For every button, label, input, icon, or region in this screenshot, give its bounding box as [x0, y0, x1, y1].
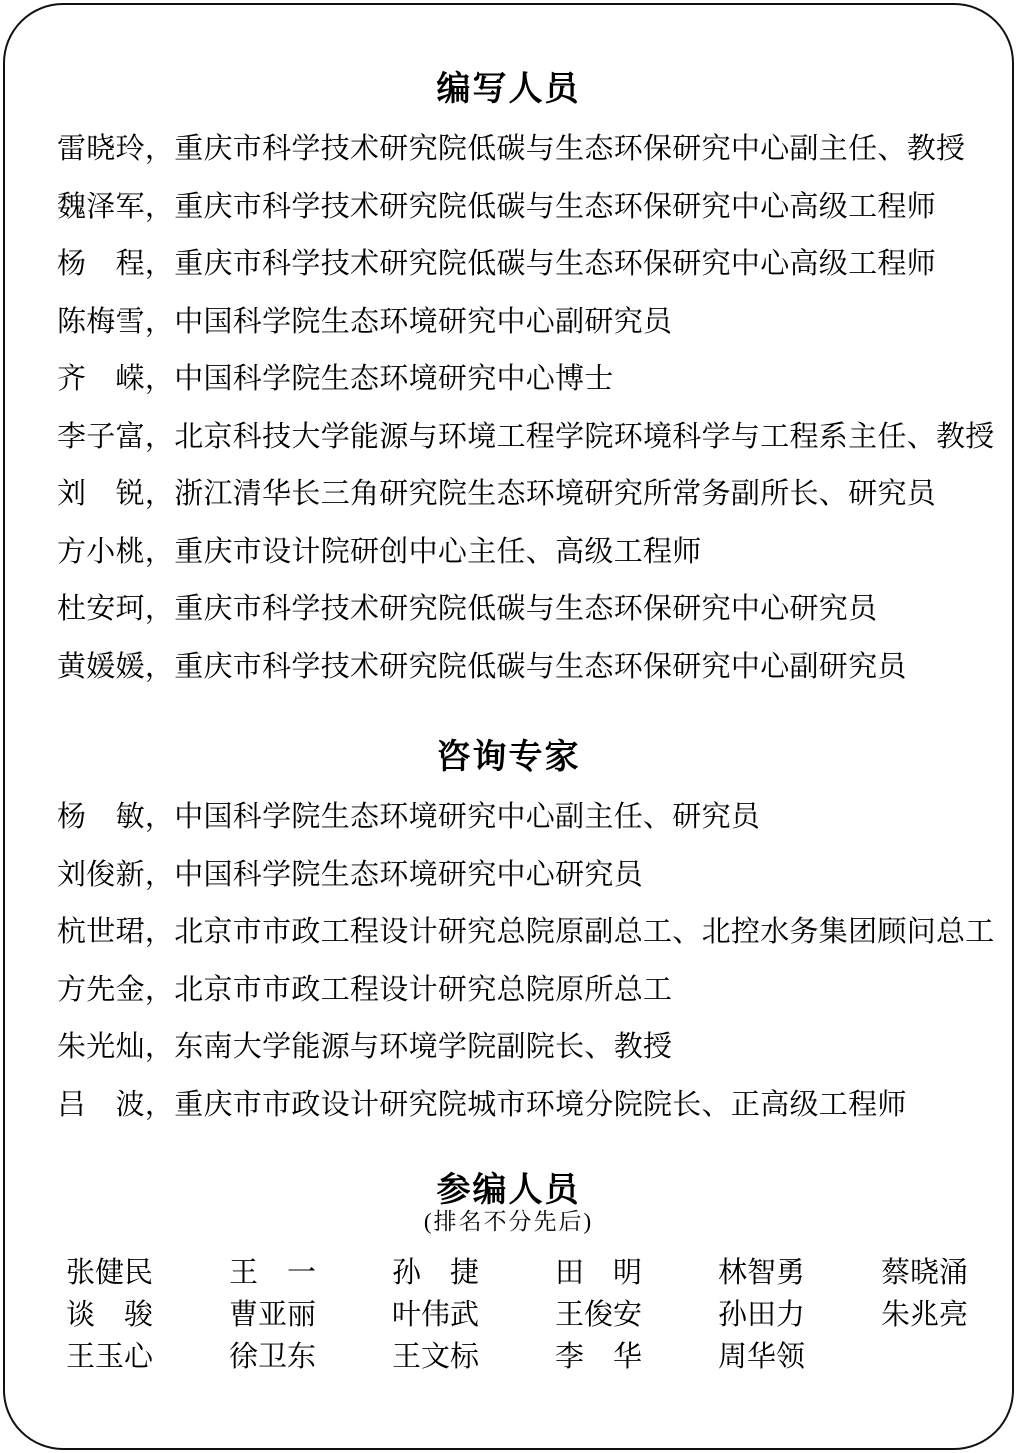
expert-entry: 方先金，北京市市政工程设计研究总院原所总工	[57, 962, 987, 1020]
expert-entry: 杭世珺，北京市市政工程设计研究总院原副总工、北控水务集团顾问总工	[57, 904, 987, 962]
contributor-entry: 黄媛媛，重庆市科学技术研究院低碳与生态环保研究中心副研究员	[57, 639, 987, 697]
writers-list: 雷晓玲，重庆市科学技术研究院低碳与生态环保研究中心副主任、教授 魏泽军，重庆市科…	[57, 121, 987, 696]
participant-name: 张健民	[66, 1252, 159, 1294]
participant-name: 徐卫东	[229, 1336, 322, 1378]
contributor-entry: 雷晓玲，重庆市科学技术研究院低碳与生态环保研究中心副主任、教授	[57, 121, 987, 179]
expert-entry: 刘俊新，中国科学院生态环境研究中心研究员	[57, 847, 987, 905]
expert-entry: 吕 波，重庆市市政设计研究院城市环境分院院长、正高级工程师	[57, 1077, 987, 1135]
participant-name: 王俊安	[555, 1294, 648, 1336]
contributor-entry: 魏泽军，重庆市科学技术研究院低碳与生态环保研究中心高级工程师	[57, 179, 987, 237]
participant-name: 周华领	[718, 1336, 811, 1378]
contributor-entry: 李子富，北京科技大学能源与环境工程学院环境科学与工程系主任、教授	[57, 409, 987, 467]
expert-entry: 杨 敏，中国科学院生态环境研究中心副主任、研究员	[57, 789, 987, 847]
participant-name: 朱兆亮	[881, 1294, 974, 1336]
contributor-entry: 杜安珂，重庆市科学技术研究院低碳与生态环保研究中心研究员	[57, 581, 987, 639]
section-title-writers: 编写人员	[0, 72, 1017, 106]
participant-name: 王 一	[229, 1252, 322, 1294]
participants-name-grid: 张健民 王 一 孙 捷 田 明 林智勇 蔡晓涌 谈 骏 曹亚丽 叶伟武 王俊安 …	[66, 1252, 974, 1378]
contributor-entry: 杨 程，重庆市科学技术研究院低碳与生态环保研究中心高级工程师	[57, 236, 987, 294]
contributor-entry: 方小桃，重庆市设计院研创中心主任、高级工程师	[57, 524, 987, 582]
participant-name: 孙 捷	[392, 1252, 485, 1294]
participant-name: 林智勇	[718, 1252, 811, 1294]
contributor-entry: 齐 嵘，中国科学院生态环境研究中心博士	[57, 351, 987, 409]
participant-name: 田 明	[555, 1252, 648, 1294]
contributor-entry: 刘 锐，浙江清华长三角研究院生态环境研究所常务副所长、研究员	[57, 466, 987, 524]
participant-name: 王玉心	[66, 1336, 159, 1378]
participant-name: 王文标	[392, 1336, 485, 1378]
contributor-entry: 陈梅雪，中国科学院生态环境研究中心副研究员	[57, 294, 987, 352]
participant-name: 孙田力	[718, 1294, 811, 1336]
expert-entry: 朱光灿，东南大学能源与环境学院副院长、教授	[57, 1019, 987, 1077]
participant-name: 曹亚丽	[229, 1294, 322, 1336]
participant-name: 李 华	[555, 1336, 648, 1378]
section-title-experts: 咨询专家	[0, 740, 1017, 774]
participant-name: 谈 骏	[66, 1294, 159, 1336]
section-title-participants: 参编人员	[0, 1173, 1017, 1207]
participant-name: 蔡晓涌	[881, 1252, 974, 1294]
experts-list: 杨 敏，中国科学院生态环境研究中心副主任、研究员 刘俊新，中国科学院生态环境研究…	[57, 789, 987, 1134]
participants-note: (排名不分先后)	[0, 1209, 1017, 1234]
participant-name: 叶伟武	[392, 1294, 485, 1336]
